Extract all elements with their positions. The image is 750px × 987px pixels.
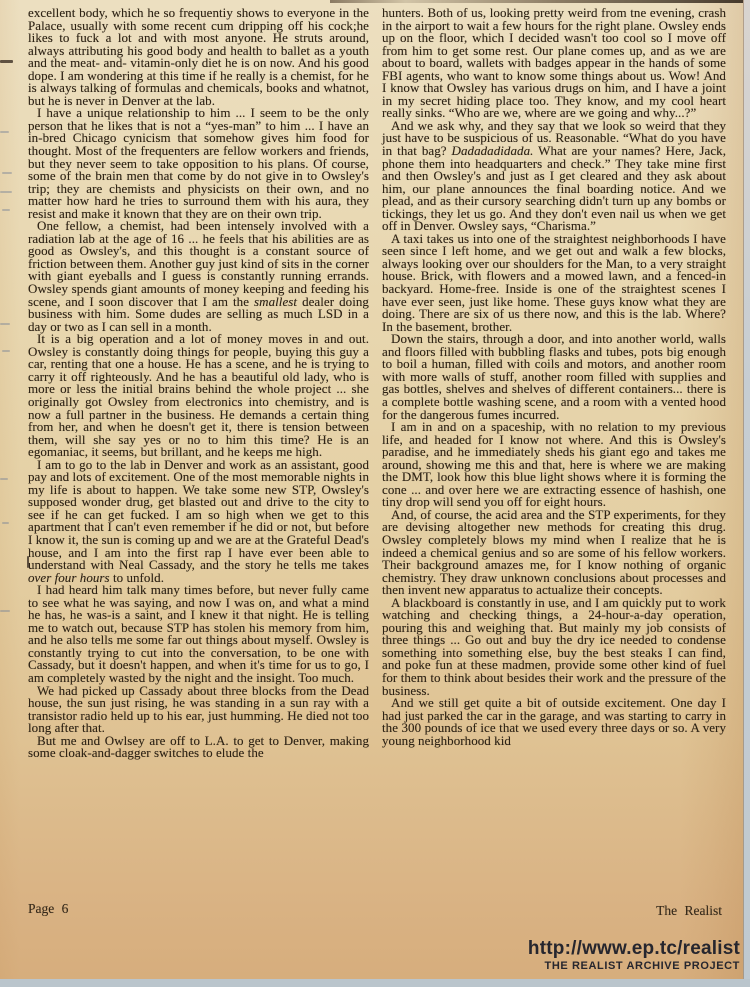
paragraph-left-8: But me and Owlsey are off to L.A. to get… — [28, 735, 369, 760]
paragraph-right-6: And, of course, the acid area and the ST… — [382, 509, 726, 597]
margin-mark — [0, 478, 8, 480]
publication-name: The Realist — [656, 903, 722, 919]
margin-mark — [2, 522, 9, 524]
scan-bottom-edge — [0, 979, 750, 987]
margin-mark — [0, 610, 10, 612]
paragraph-left-6: I had heard him talk many times before, … — [28, 584, 369, 684]
margin-mark — [2, 172, 12, 174]
margin-mark — [0, 323, 10, 325]
right-column: hunters. Both of us, looking pretty weir… — [382, 7, 726, 760]
paragraph-right-7: A blackboard is constantly in use, and I… — [382, 597, 726, 697]
archive-banner: http://www.ep.tc/realist THE REALIST ARC… — [528, 939, 740, 972]
paragraph-left-3: One fellow, a chemist, had been intensel… — [28, 220, 369, 333]
paragraph-left-5: I am to go to the lab in Denver and work… — [28, 459, 369, 584]
margin-mark — [0, 131, 9, 133]
page-number: Page 6 — [28, 901, 68, 917]
paragraph-right-1: hunters. Both of us, looking pretty weir… — [382, 7, 726, 120]
paragraph-right-8: And we still get quite a bit of outside … — [382, 697, 726, 747]
paragraph-left-1: excellent body, which he so frequentiy s… — [28, 7, 369, 107]
scan-top-edge — [330, 0, 750, 3]
paragraph-right-3: A taxi takes us into one of the straight… — [382, 233, 726, 333]
paragraph-right-4: Down the stairs, through a door, and int… — [382, 333, 726, 421]
text-columns: excellent body, which he so frequentiy s… — [28, 7, 726, 760]
archive-caption: THE REALIST ARCHIVE PROJECT — [528, 960, 740, 972]
margin-mark — [0, 60, 13, 63]
paragraph-left-2: I have a unique relationship to him ... … — [28, 107, 369, 220]
left-column: excellent body, which he so frequentiy s… — [28, 7, 369, 760]
paragraph-right-2: And we ask why, and they say that we loo… — [382, 120, 726, 233]
margin-mark — [2, 350, 10, 352]
scanned-magazine-page: excellent body, which he so frequentiy s… — [0, 0, 750, 987]
margin-mark — [2, 209, 10, 211]
paragraph-right-5: I am in and on a spaceship, with no rela… — [382, 421, 726, 509]
paragraph-left-4: It is a big operation and a lot of money… — [28, 333, 369, 458]
margin-mark — [27, 556, 29, 568]
margin-mark — [0, 191, 12, 193]
paragraph-left-7: We had picked up Cassady about three blo… — [28, 685, 369, 735]
scan-right-edge — [743, 0, 750, 979]
archive-url: http://www.ep.tc/realist — [528, 939, 740, 959]
